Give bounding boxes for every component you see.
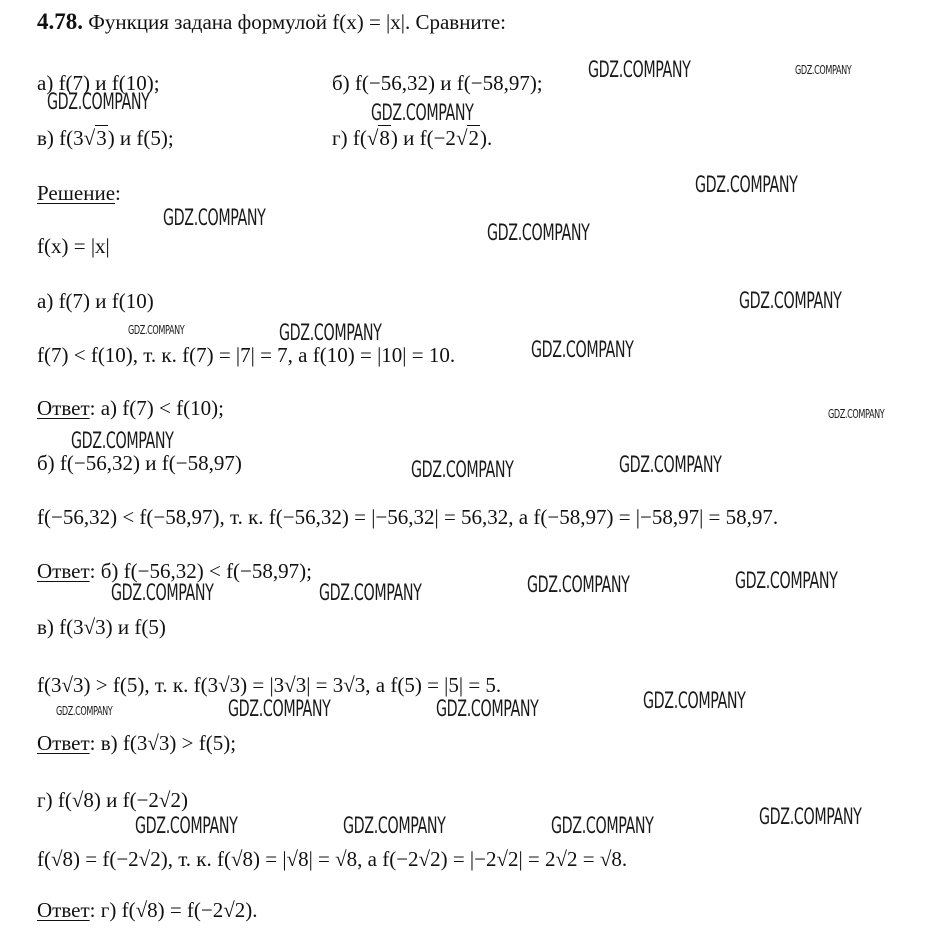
solution-b-title: б) f(−56,32) и f(−58,97) [37, 453, 242, 474]
watermark: GDZ.COMPANY [527, 575, 629, 597]
watermark: GDZ.COMPANY [71, 431, 173, 453]
watermark: GDZ.COMPANY [739, 291, 841, 313]
watermark: GDZ.COMPANY [411, 460, 513, 482]
watermark: GDZ.COMPANY [128, 324, 184, 336]
watermark: GDZ.COMPANY [828, 408, 884, 420]
watermark: GDZ.COMPANY [643, 691, 745, 713]
answer-g: Ответ: г) f(√8) = f(−2√2). [37, 900, 258, 921]
solution-v-title: в) f(3√3) и f(5) [37, 617, 166, 638]
watermark: GDZ.COMPANY [163, 208, 265, 230]
problem-number: 4.78. [37, 9, 83, 34]
answer-label: Ответ [37, 396, 90, 420]
sqrt-symbol: √3 [84, 128, 108, 149]
watermark: GDZ.COMPANY [588, 60, 690, 82]
solution-a-text: f(7) < f(10), т. к. f(7) = |7| = 7, а f(… [37, 345, 455, 366]
solution-formula: f(x) = |x| [37, 236, 110, 257]
solution-heading: Решение: [37, 183, 121, 204]
watermark: GDZ.COMPANY [619, 455, 721, 477]
watermark: GDZ.COMPANY [759, 807, 861, 829]
solution-b-text: f(−56,32) < f(−58,97), т. к. f(−56,32) =… [37, 507, 778, 528]
answer-label: Ответ [37, 731, 90, 755]
sqrt-symbol: √2 [456, 128, 480, 149]
problem-statement: 4.78. Функция задана формулой f(x) = |x|… [37, 10, 506, 33]
answer-label: Ответ [37, 559, 90, 583]
solution-v-text: f(3√3) > f(5), т. к. f(3√3) = |3√3| = 3√… [37, 675, 501, 696]
solution-g-title: г) f(√8) и f(−2√2) [37, 790, 188, 811]
watermark: GDZ.COMPANY [135, 816, 237, 838]
watermark: GDZ.COMPANY [228, 699, 330, 721]
watermark: GDZ.COMPANY [279, 323, 381, 345]
answer-label: Ответ [37, 898, 90, 922]
watermark: GDZ.COMPANY [343, 816, 445, 838]
answer-a: Ответ: а) f(7) < f(10); [37, 398, 224, 419]
answer-b: Ответ: б) f(−56,32) < f(−58,97); [37, 561, 312, 582]
answer-v: Ответ: в) f(3√3) > f(5); [37, 733, 236, 754]
watermark: GDZ.COMPANY [487, 223, 589, 245]
watermark: GDZ.COMPANY [531, 340, 633, 362]
watermark: GDZ.COMPANY [551, 816, 653, 838]
sqrt-symbol: √8 [367, 128, 391, 149]
problem-text: Функция задана формулой f(x) = |x|. Срав… [88, 10, 506, 34]
watermark: GDZ.COMPANY [56, 705, 112, 717]
solution-a-title: а) f(7) и f(10) [37, 291, 154, 312]
watermark: GDZ.COMPANY [111, 583, 213, 605]
watermark: GDZ.COMPANY [695, 175, 797, 197]
watermark: GDZ.COMPANY [795, 64, 851, 76]
watermark: GDZ.COMPANY [371, 103, 473, 125]
part-b: б) f(−56,32) и f(−58,97); [332, 73, 543, 94]
part-v: в) f(3√3) и f(5); [37, 128, 174, 149]
watermark: GDZ.COMPANY [47, 92, 149, 114]
solution-g-text: f(√8) = f(−2√2), т. к. f(√8) = |√8| = √8… [37, 849, 627, 870]
watermark: GDZ.COMPANY [436, 699, 538, 721]
watermark: GDZ.COMPANY [735, 571, 837, 593]
part-g: г) f(√8) и f(−2√2). [332, 128, 492, 149]
watermark: GDZ.COMPANY [319, 583, 421, 605]
